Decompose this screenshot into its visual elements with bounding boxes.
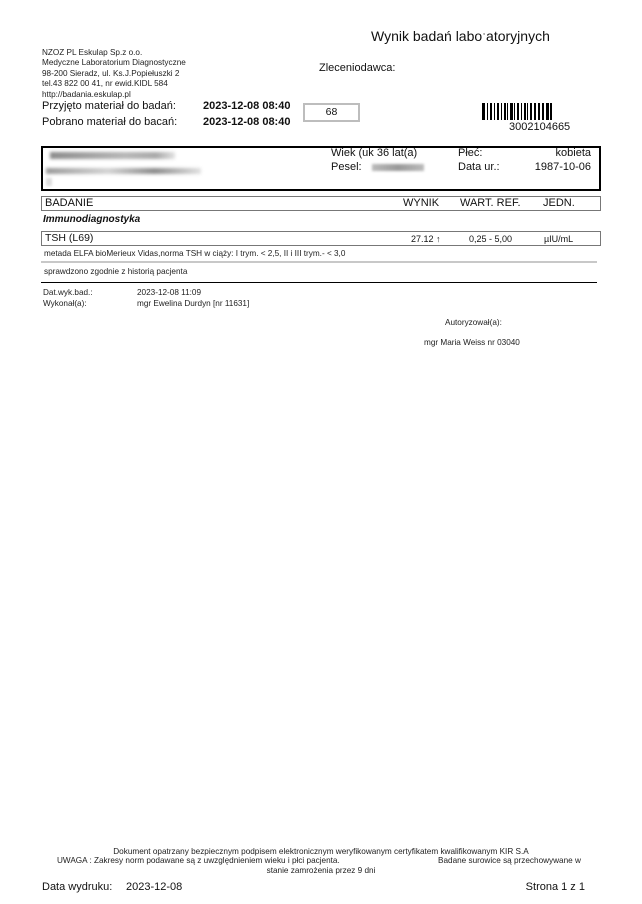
barcode-bar [490, 103, 492, 120]
header-ref: WART. REF. [460, 197, 521, 209]
pesel-label: Pesel: [331, 161, 362, 173]
result-value: 27.12 ↑ [411, 234, 441, 244]
barcode-number: 3002104665 [509, 121, 570, 133]
barcode-bar [494, 103, 495, 120]
sex-label: Płeć: [458, 147, 482, 159]
print-date-label: Data wydruku: [42, 881, 112, 893]
section-title: Immunodiagnostyka [43, 214, 140, 225]
collected-value: 2023-12-08 08:40 [203, 116, 290, 128]
barcode-bar [482, 103, 485, 120]
barcode-bar [504, 103, 506, 120]
header-test: BADANIE [45, 197, 93, 209]
barcode-bar [530, 103, 532, 120]
barcode-bar [507, 103, 508, 120]
dob-label: Data ur.: [458, 161, 500, 173]
orderer-label: Zleceniodawca: [319, 62, 395, 74]
lab-phone: tel.43 822 00 41, nr ewid.KIDL 584 [42, 79, 186, 89]
received-value: 2023-12-08 08:40 [203, 100, 290, 112]
result-unit: µIU/mL [544, 234, 573, 244]
header-result: WYNIK [403, 197, 439, 209]
barcode-bar [517, 103, 519, 120]
signature-note: Dokument opatrzany bezpiecznym podpisem … [0, 847, 642, 856]
storage-note: Badane surowice są przechowywane w [438, 856, 581, 865]
history-note: sprawdzono zgodnie z historią pacjenta [44, 267, 187, 276]
warning-note: UWAGA : Zakresy norm podawane są z uwzgl… [57, 856, 340, 865]
barcode-bar [527, 103, 528, 120]
authorized-label: Autoryzował(a): [445, 318, 502, 327]
barcode-bar [514, 103, 515, 120]
exec-date-value: 2023-12-08 11:09 [137, 288, 201, 297]
dob-value: 1987-10-06 [535, 161, 591, 173]
pesel-redacted [372, 164, 424, 171]
barcode-bar [550, 103, 552, 120]
barcode-bar [546, 103, 549, 120]
performed-value: mgr Ewelina Durdyn [nr 11631] [137, 299, 249, 308]
page-number: Strona 1 z 1 [526, 881, 585, 893]
table-row [41, 231, 601, 246]
lab-website: http://badania.eskulap.pl [42, 90, 186, 100]
result-reference: 0,25 - 5,00 [469, 234, 512, 244]
barcode-bar [510, 103, 513, 120]
barcode-bar [487, 103, 488, 120]
divider [41, 261, 597, 263]
method-note: metada ELFA bioMerieux Vidas,norma TSH w… [44, 249, 345, 258]
authorized-value: mgr Maria Weiss nr 03040 [424, 338, 520, 347]
exec-date-label: Dat.wyk.bad.: [43, 288, 93, 297]
barcode-bar [534, 103, 536, 120]
patient-address-redacted [46, 168, 201, 174]
barcode-bar [501, 103, 502, 120]
received-label: Przyjęto materiał do badań: [42, 100, 176, 112]
lab-name: NZOZ PL Eskulap Sp.z o.o. [42, 48, 186, 58]
document-title: Wynik badań laboˑatoryjnych [371, 28, 550, 44]
divider [41, 282, 597, 283]
collected-label: Pobrano materiał do bacań: [42, 116, 177, 128]
barcode-bar [524, 103, 526, 120]
sample-number-box: 68 [303, 103, 360, 122]
header-unit: JEDN. [543, 197, 575, 209]
barcode-bar [538, 103, 540, 120]
barcode-bar [521, 103, 522, 120]
print-date-value: 2023-12-08 [126, 881, 182, 893]
barcode [482, 103, 597, 120]
patient-age: Wiek (uk 36 lat(a) [331, 147, 417, 159]
performed-label: Wykonał(a): [43, 299, 87, 308]
barcode-bar [542, 103, 544, 120]
lab-subtitle: Medyczne Laboratorium Diagnostyczne [42, 58, 186, 68]
storage-note-cont: stanie zamrożenia przez 9 dni [0, 866, 642, 875]
patient-extra-redacted [46, 178, 52, 186]
result-test-name: TSH (L69) [45, 232, 93, 244]
sex-value: kobieta [556, 147, 591, 159]
lab-info: NZOZ PL Eskulap Sp.z o.o. Medyczne Labor… [42, 48, 186, 100]
lab-address: 98-200 Sieradz, ul. Ks.J.Popiełuszki 2 [42, 69, 186, 79]
barcode-bar [497, 103, 499, 120]
patient-name-redacted [50, 152, 175, 159]
